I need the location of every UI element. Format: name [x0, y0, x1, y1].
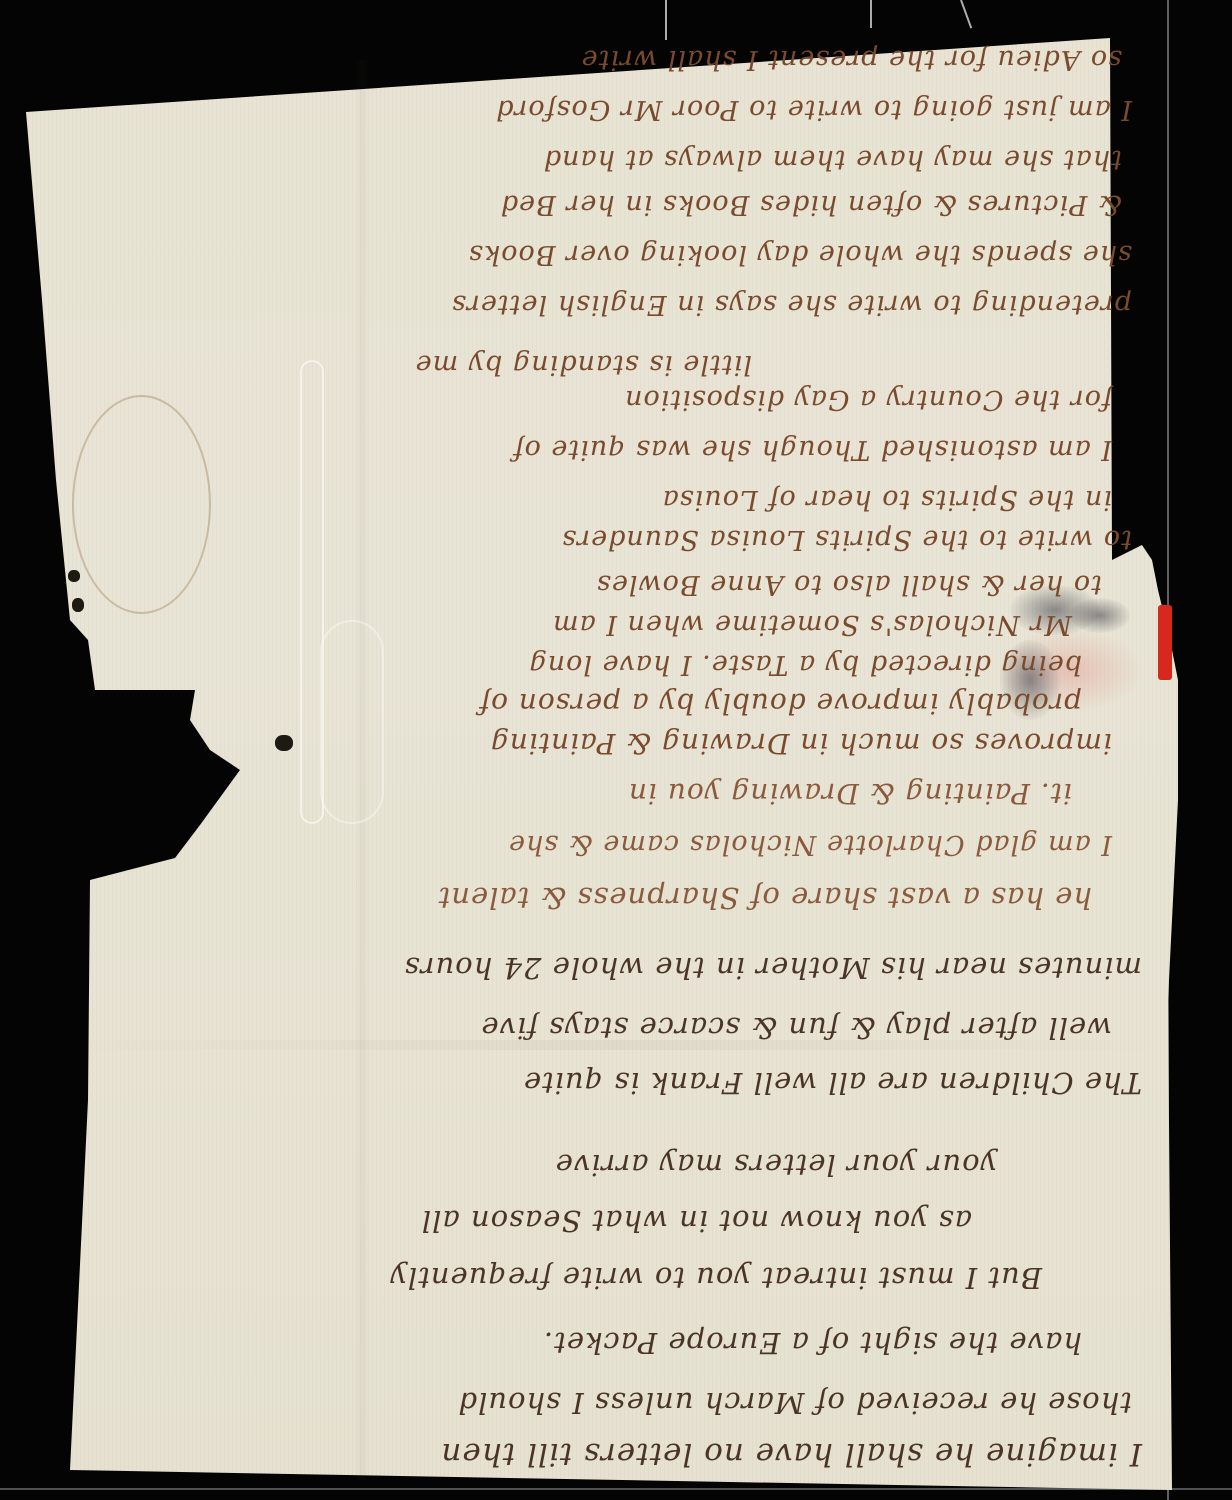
letter-line: I am glad Charlotte Nicholas came & she — [508, 829, 1112, 860]
handwriting-layer: I imagine he shall have no letters till … — [0, 0, 1232, 1500]
letter-line: & Pictures & often hides Books in her Be… — [500, 189, 1122, 220]
letter-line: little is standing by me — [415, 349, 752, 380]
letter-line: I am astonished Though she was quite of — [513, 434, 1112, 465]
letter-line: in the Spirits to hear of Louisa — [662, 484, 1112, 515]
letter-line: being directed by a Taste. I have long — [528, 649, 1082, 680]
letter-line: those he received of March unless I shou… — [457, 1386, 1132, 1420]
letter-line: so Adieu for the present I shall write — [581, 44, 1122, 75]
letter-line: The Children are all well Frank is quite — [523, 1066, 1142, 1100]
letter-line: have the sight of a Europe Packet. — [543, 1326, 1082, 1360]
document-stage: I imagine he shall have no letters till … — [0, 0, 1232, 1500]
letter-line: he has a vast share of Sharpness & talen… — [438, 881, 1092, 915]
letter-line: it. Painting & Drawing you in — [628, 777, 1072, 810]
letter-line: I imagine he shall have no letters till … — [440, 1436, 1142, 1472]
letter-line: she spends the whole day looking over Bo… — [468, 239, 1132, 270]
letter-line: improves so much in Drawing & Painting — [490, 727, 1112, 760]
letter-line: well after play & fun & scarce stays fiv… — [480, 1011, 1112, 1045]
letter-line: to her & shall also to Anne Bowles — [596, 569, 1102, 600]
letter-line: as you know not in what Season all — [421, 1204, 972, 1238]
letter-line: pretending to write she says in English … — [451, 289, 1132, 320]
letter-line: that she may have them always at hand — [543, 144, 1122, 175]
letter-line: probably improve doubly by a person of — [479, 687, 1082, 720]
letter-line: But I must intreat you to write frequent… — [390, 1261, 1042, 1295]
letter-line: your your letters may arrive — [555, 1148, 997, 1182]
letter-line: I am just going to write to Poor Mr Gosf… — [495, 94, 1132, 125]
letter-line: to write to the Spirits Louisa Saunders — [561, 524, 1132, 555]
letter-line: for the Country a Gay disposition — [624, 384, 1112, 415]
letter-line: minutes near his Mother in the whole 24 … — [404, 951, 1142, 985]
letter-line: Mr Nicholas's Sometime when I am — [552, 609, 1072, 640]
